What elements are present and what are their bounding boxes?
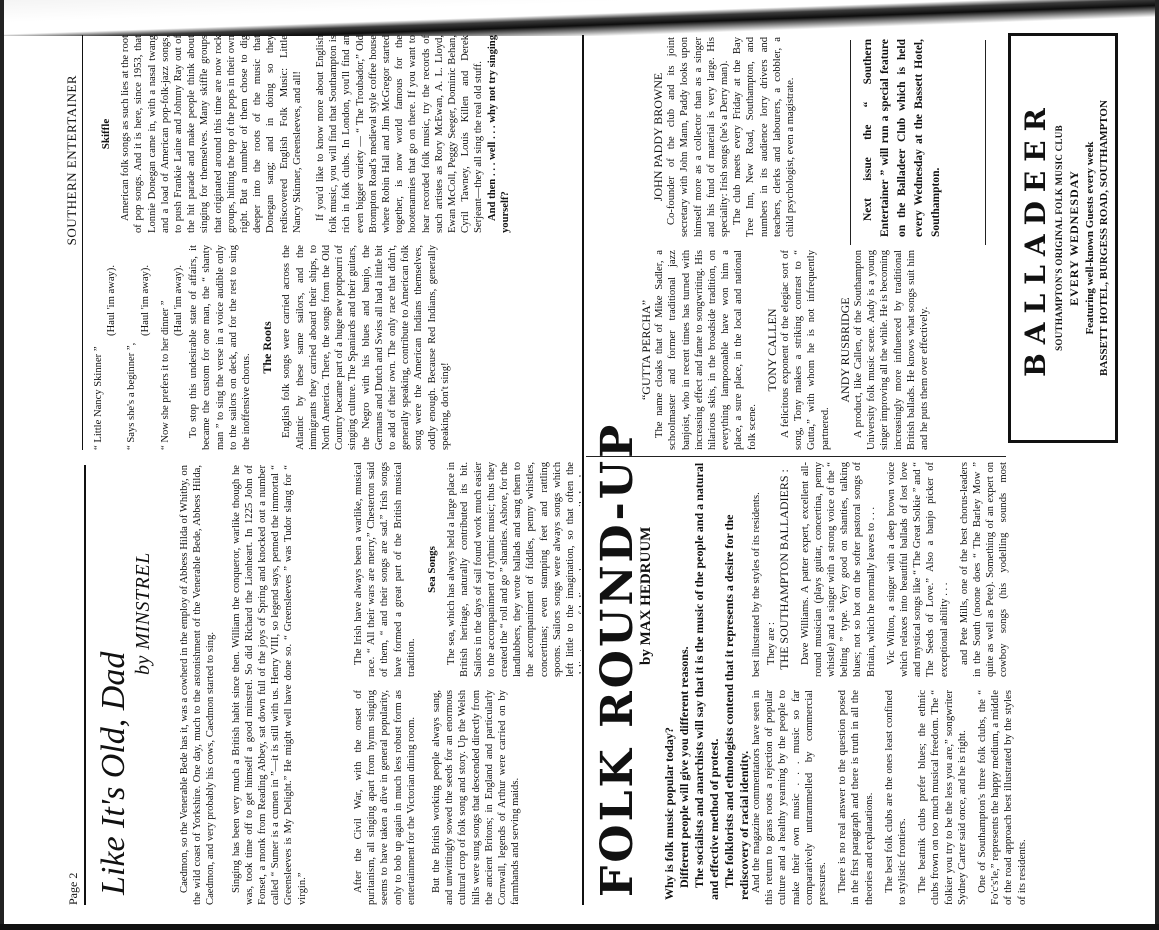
article-column: “GUTTA PERCHA” The name cloaks that of M… <box>592 250 931 450</box>
ad-address: BASSETT HOTEL, BURGESS ROAD, SOUTHAMPTON <box>1098 36 1110 440</box>
subheading-john-paddy-browne: JOHN PADDY BROWNE <box>652 37 665 237</box>
paragraph: The Irish have always been a warlike, mu… <box>352 462 418 677</box>
intro-line: The socialists and anarchists will say t… <box>692 460 722 900</box>
article-column: Skiffle American folk songs as such lies… <box>92 35 512 233</box>
paragraph: After the Civil War, with the onset of p… <box>352 690 418 905</box>
scan-border-bottom <box>0 924 1159 930</box>
subheading-tony-callen: TONY CALLEN <box>766 250 779 450</box>
paragraph: A felicitous exponent of the elegiac sor… <box>779 250 832 450</box>
article-column: After the Civil War, with the onset of p… <box>352 690 522 905</box>
subheading-skiffle: Skiffle <box>100 35 113 233</box>
header-rule <box>82 35 83 450</box>
paragraph: English folk songs were carried across t… <box>280 245 452 450</box>
paragraph: American folk songs as such lies at the … <box>119 35 304 233</box>
article-lead: Caedmon, so the Venerable Bede has it, w… <box>178 465 309 905</box>
paragraph: To stop this undesirable state of affair… <box>187 245 253 450</box>
running-head: Page 2 SOUTHERN ENTERTAINER <box>60 35 86 905</box>
box-rule <box>850 40 851 245</box>
subheading-andy-rusbridge: ANDY RUSBRIDGE <box>839 250 852 450</box>
intro-line: Different people will give you different… <box>677 460 692 900</box>
subheading-gutta-percha: “GUTTA PERCHA” <box>640 250 653 450</box>
article-column: best illustrated by the styles of its re… <box>750 462 1010 677</box>
article-intro: Why is folk music popular today? Differe… <box>662 460 752 900</box>
subheading-sea-songs: Sea Songs <box>426 462 439 677</box>
group-name: THE SOUTHAMPTON BALLADIERS : <box>778 462 791 677</box>
paragraph: But the British working people always sa… <box>430 690 522 905</box>
article-column: The Irish have always been a warlike, mu… <box>352 462 581 677</box>
article-byline: by MAX HEDRUUM <box>638 527 655 665</box>
ad-subtitle: SOUTHAMPTON'S ORIGINAL FOLK MUSIC CLUB <box>1054 36 1064 440</box>
paragraph: Co-founder of the club and its joint sec… <box>665 37 731 237</box>
column-rule <box>586 456 1006 457</box>
paragraph: Caedmon, so the Venerable Bede has it, w… <box>178 465 218 905</box>
paragraph: The name cloaks that of Mike Sadler, a s… <box>653 250 759 450</box>
intro-line: Why is folk music popular today? <box>662 460 677 900</box>
newspaper-page: Page 2 SOUTHERN ENTERTAINER Like It's Ol… <box>60 35 1120 905</box>
balladeer-advertisement: BALLADEER SOUTHAMPTON'S ORIGINAL FOLK MU… <box>1008 33 1118 443</box>
paragraph: best illustrated by the styles of its re… <box>750 462 763 677</box>
ad-featuring: Featuring well-known Guests every week <box>1084 36 1096 440</box>
article-column: And the magazine commentators have seen … <box>750 690 1028 905</box>
paragraph: Singing has been very much a British hab… <box>230 465 309 905</box>
ad-title: BALLADEER <box>1019 36 1052 440</box>
article-title: FOLK ROUND-UP <box>592 422 643 897</box>
performer-dave-williams: Dave Williams. A patter expert, excellen… <box>799 462 878 677</box>
article-title: Like It's Old, Dad <box>96 652 132 895</box>
ad-schedule: EVERY WEDNESDAY <box>1067 36 1082 440</box>
page-number: Page 2 <box>66 873 81 905</box>
paragraph: If you'd like to know more about English… <box>314 35 486 233</box>
article-byline: by MINSTREL <box>132 552 155 675</box>
scan-shadow-edge <box>0 0 1159 36</box>
paragraph: Next issue the “ Southern Entertainer ” … <box>860 39 945 237</box>
verse-line: (Haul 'im away). <box>172 245 185 450</box>
scan-border-left <box>0 0 4 930</box>
paragraph: The sea, which has always held a large p… <box>445 462 581 677</box>
paragraph: There is no real answer to the question … <box>836 690 876 905</box>
verse-line: “ Little Nancy Skinner ” <box>92 245 105 450</box>
paragraph: The beatnik clubs prefer blues; the ethn… <box>916 690 969 905</box>
box-rule <box>985 40 986 245</box>
article-column: JOHN PADDY BROWNE Co-founder of the club… <box>592 37 797 237</box>
paragraph: And then . . . well . . . why not try si… <box>486 35 512 233</box>
paragraph: One of Southampton's three folk clubs, t… <box>976 690 1028 905</box>
verse-line: “ Now she prefers it to her dinner ” <box>159 245 172 450</box>
subheading-roots: The Roots <box>261 245 274 450</box>
scan-border-right <box>1155 0 1159 930</box>
header-rule <box>84 465 86 905</box>
next-issue-note: Next issue the “ Southern Entertainer ” … <box>860 39 980 237</box>
paragraph: The best folk clubs are the ones least c… <box>883 690 909 905</box>
verse-line: (Haul 'im away). <box>139 245 152 450</box>
verse-line: “ Says she's a beginner ”, <box>125 245 138 450</box>
performer-vic-wilton: Vic Wilton, a singer with a deep brown v… <box>885 462 951 677</box>
intro-line: The folklorists and ethnologists contend… <box>722 460 752 900</box>
publication-name: SOUTHERN ENTERTAINER <box>64 75 80 245</box>
section-divider <box>582 35 584 905</box>
verse-line: (Haul 'im away). <box>105 245 118 450</box>
paragraph: The club meets every Friday at the Bay T… <box>731 37 797 237</box>
paragraph: A product, like Callen, of the Southampt… <box>852 250 931 450</box>
paragraph: And the magazine commentators have seen … <box>750 690 829 905</box>
article-column: “ Little Nancy Skinner ” (Haul 'im away)… <box>92 245 452 450</box>
performer-pete-mills: and Pete Mills, one of the best chorus-l… <box>958 462 1010 677</box>
